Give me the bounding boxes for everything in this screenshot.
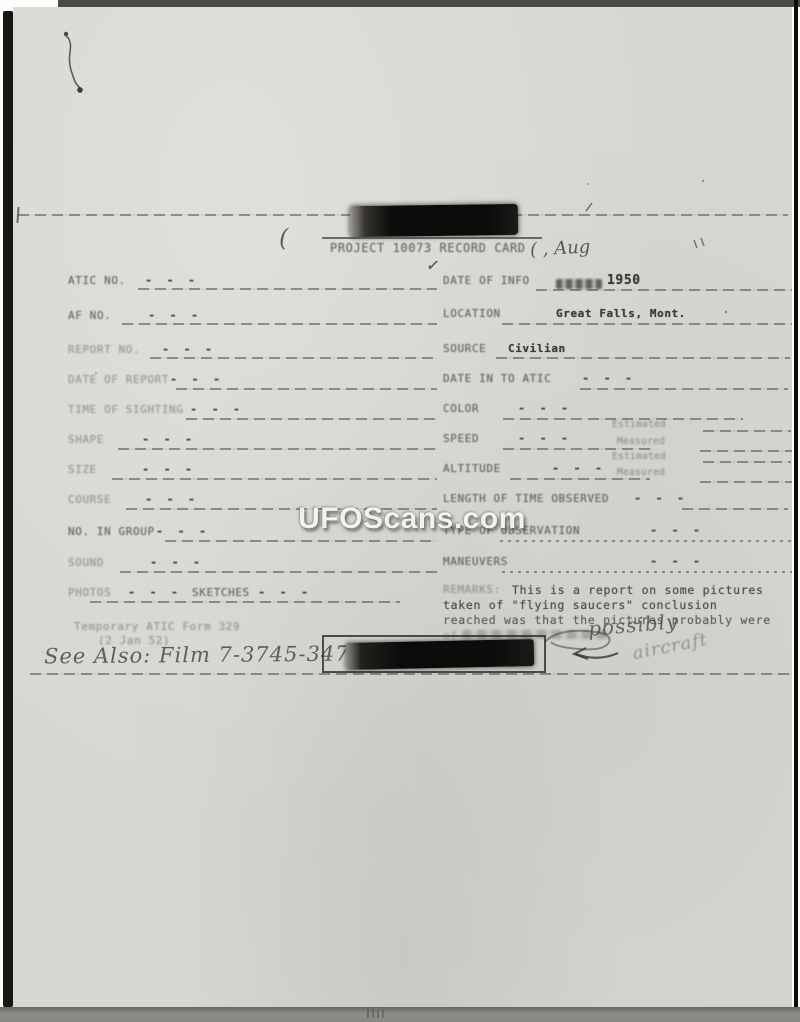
label-time-of-sighting: TIME OF SIGHTING <box>68 403 184 416</box>
value-color: - - - <box>518 401 572 415</box>
label-sound: SOUND <box>68 556 104 569</box>
label-color: COLOR <box>443 402 479 415</box>
underline-photos-row <box>90 601 400 603</box>
underline-altitude <box>510 478 650 480</box>
underline-source <box>496 357 790 359</box>
underline-date-of-report <box>176 388 437 390</box>
underline-shape <box>118 448 437 450</box>
underline-date-in-to-atic <box>580 388 788 390</box>
value-shape: - - - <box>142 432 196 446</box>
value-location: Great Falls, Mont. <box>556 307 686 320</box>
form-name: Temporary ATIC Form 329 <box>74 620 240 633</box>
value-photos: - - - <box>128 585 182 599</box>
value-length-of-time-observed: - - - <box>634 491 688 505</box>
label-course: COURSE <box>68 493 111 506</box>
underline-sound <box>120 571 437 573</box>
value-source: Civilian <box>508 342 566 355</box>
underline-color <box>503 418 743 420</box>
watermark-text: UFOScans.com <box>298 502 526 536</box>
underline-report-no <box>150 357 437 359</box>
card-title: PROJECT 10073 RECORD CARD <box>330 241 526 255</box>
label-no-in-group: NO. IN GROUP <box>68 525 155 538</box>
value-altitude: - - - <box>552 461 606 475</box>
underline-speed-estimated <box>703 430 791 432</box>
underline-speed <box>503 448 653 450</box>
label-maneuvers: MANEUVERS <box>443 555 508 568</box>
label-date-of-info: DATE OF INFO <box>443 274 530 287</box>
scanned-document: PROJECT 10073 RECORD CARD ( ( , Aug ✓ AT… <box>0 0 800 1022</box>
value-sketches: - - - <box>258 585 312 599</box>
label-report-no: REPORT NO. <box>68 343 140 356</box>
sublabel-altitude-estimated: Estimated <box>612 451 666 462</box>
value-size: - - - <box>142 462 196 476</box>
underline-altitude-measured <box>700 481 792 483</box>
value-type-of-observation: - - - <box>650 523 704 537</box>
label-atic-no: ATIC NO. <box>68 274 126 287</box>
label-date-in-to-atic: DATE IN TO ATIC <box>443 372 551 385</box>
underline-maneuvers <box>502 571 792 573</box>
value-sound: - - - <box>150 555 204 569</box>
redaction-stamp-ink <box>346 639 535 670</box>
underline-type-of-observation <box>500 540 792 542</box>
remarks-line-1: This is a report on some pictures <box>512 583 764 597</box>
value-no-in-group: - - - <box>156 524 210 538</box>
underline-size <box>112 478 437 480</box>
sublabel-speed-measured: Measured <box>617 436 665 447</box>
label-remarks: REMARKS: <box>443 583 501 596</box>
value-speed: - - - <box>518 431 572 445</box>
scan-edge-right <box>794 0 798 1010</box>
underline-location <box>502 323 792 325</box>
label-source: SOURCE <box>443 342 486 355</box>
crossed-out-date <box>556 279 602 289</box>
label-speed: SPEED <box>443 432 479 445</box>
label-size: SIZE <box>68 463 97 476</box>
handwritten-date-note: ( , Aug <box>529 236 590 260</box>
handwritten-paren: ( <box>279 224 288 252</box>
value-maneuvers: - - - <box>650 554 704 568</box>
value-course: - - - <box>145 492 199 506</box>
underline-atic-no <box>138 288 437 290</box>
value-date-in-to-atic: - - - <box>582 371 636 385</box>
label-altitude: ALTITUDE <box>443 462 501 475</box>
title-underline <box>322 237 542 239</box>
redaction-stamp-box <box>322 635 546 673</box>
handwritten-checkmark: ✓ <box>426 258 438 274</box>
label-sketches: SKETCHES <box>192 586 250 599</box>
label-date-of-report: DATE OF REPORT <box>68 373 169 386</box>
scan-edge-left <box>3 11 13 1007</box>
scan-edge-bottom <box>0 1007 800 1022</box>
label-shape: SHAPE <box>68 433 104 446</box>
scan-edge-top <box>58 0 800 7</box>
label-af-no: AF NO. <box>68 309 111 322</box>
sublabel-speed-estimated: Estimated <box>612 419 666 430</box>
value-date-of-info: 1950 <box>607 273 641 288</box>
underline-altitude-estimated <box>703 461 791 463</box>
handwritten-see-also: See Also: Film 7-3745-347 <box>44 642 350 669</box>
underline-date-of-info <box>536 289 792 291</box>
value-atic-no: - - - <box>145 273 199 287</box>
card-bottom-rule <box>30 673 792 675</box>
value-af-no: - - - <box>148 308 202 322</box>
value-report-no: - - - <box>162 342 216 356</box>
underline-af-no <box>122 323 437 325</box>
redaction-bar <box>350 204 518 237</box>
label-location: LOCATION <box>443 307 501 320</box>
label-photos: PHOTOS <box>68 586 111 599</box>
sublabel-altitude-measured: Measured <box>617 467 665 478</box>
underline-length-of-time <box>682 508 788 510</box>
underline-time-of-sighting <box>186 418 437 420</box>
underline-no-in-group <box>165 540 437 542</box>
underline-speed-measured <box>700 450 792 452</box>
value-time-of-sighting: - - - <box>190 402 244 416</box>
value-date-of-report: - - - <box>170 372 224 386</box>
